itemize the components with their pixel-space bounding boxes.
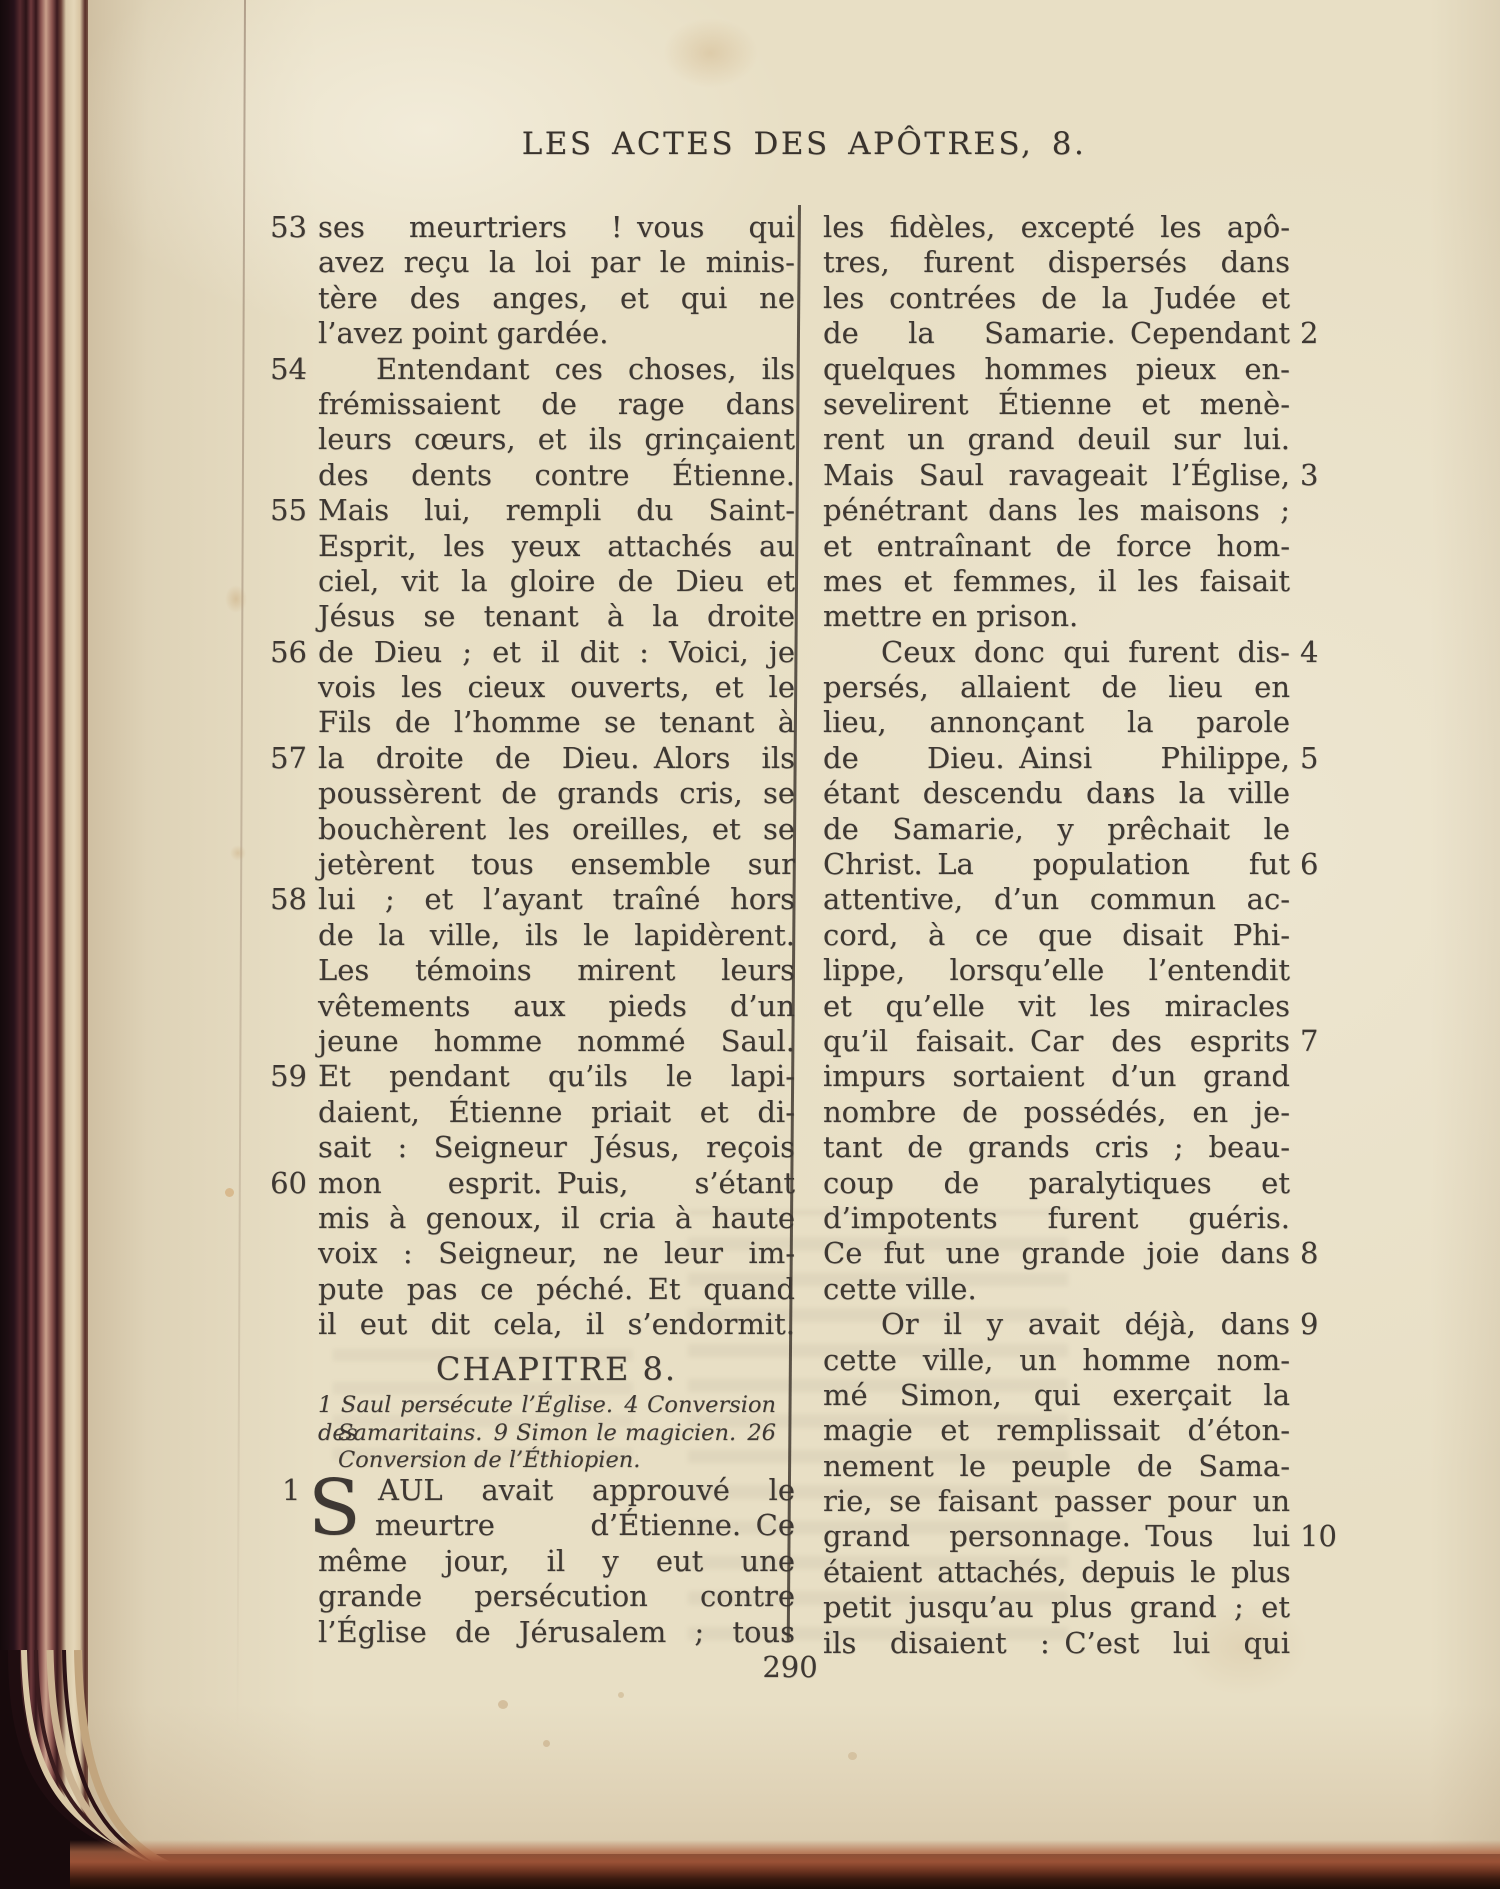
verse-line: nement le peuple de Sama-	[823, 1449, 1290, 1484]
verse-line: mé Simon, qui exerçait la	[823, 1378, 1290, 1413]
chapter-opening-verse: 1 S AUL avait approuvé le meurtre d’Étie…	[318, 1473, 795, 1650]
verse-line: impurs sortaient d’un grand	[823, 1059, 1290, 1094]
verse-line: la droite de Dieu. Alors ils57	[318, 741, 795, 776]
page-paper: LES ACTES DES APÔTRES, 8. ses meurtriers…	[88, 0, 1500, 1854]
page-crease-line	[236, 0, 246, 1735]
verse-line-text: mis à genoux, il cria à haute	[318, 1201, 795, 1235]
verse-line-text: et qu’elle vit les miracles	[823, 989, 1290, 1023]
verse-line: il eut dit cela, il s’endormit.	[318, 1307, 795, 1342]
verse-line: pute pas ce péché. Et quand	[318, 1272, 795, 1307]
verse-line: mis à genoux, il cria à haute	[318, 1201, 795, 1236]
verse-line: petit jusqu’au plus grand ; et	[823, 1590, 1290, 1625]
verse-line: AUL avait approuvé le	[318, 1473, 795, 1508]
verse-line: cette ville.	[823, 1272, 1290, 1307]
verse-line: jetèrent tous ensemble sur	[318, 847, 795, 882]
verse-line: d’impotents furent guéris.	[823, 1201, 1290, 1236]
paper-speck	[848, 1752, 857, 1760]
verse-line-text: magie et remplissait d’éton-	[823, 1413, 1290, 1447]
verse-line: Or il y avait déjà, dans9	[823, 1307, 1290, 1342]
verse-line-text: vois les cieux ouverts, et le	[318, 670, 795, 704]
verse-line-text: les fidèles, excepté les apô-	[823, 210, 1290, 244]
verse-line-text: l’avez point gardée.	[318, 316, 609, 350]
chapter-summary: 1 Saul persécute l’Église. 4 Conversion …	[318, 1392, 776, 1475]
page-number: 290	[700, 1650, 880, 1684]
paper-speck	[543, 1740, 550, 1747]
verse-line-text: tant de grands cris ; beau-	[823, 1130, 1290, 1164]
verse-line: Ce fut une grande joie dans8	[823, 1236, 1290, 1271]
verse-line: grande persécution contre	[318, 1579, 795, 1614]
verse-line-text: leurs cœurs, et ils grinçaient	[318, 422, 795, 456]
verse-line: ciel, vit la gloire de Dieu et	[318, 564, 795, 599]
verse-line: coup de paralytiques et	[823, 1166, 1290, 1201]
verse-line-text: d’impotents furent guéris.	[823, 1201, 1290, 1235]
verse-line-text: rie, se faisant passer pour un	[823, 1484, 1290, 1518]
verse-line-text: Ce fut une grande joie dans	[823, 1236, 1290, 1270]
verse-line-text: ses meurtriers ! vous qui	[318, 210, 795, 244]
paper-speck	[498, 1700, 508, 1709]
verse-line: les fidèles, excepté les apô-	[823, 210, 1290, 245]
verse-line-text: daient, Étienne priait et di-	[318, 1095, 795, 1129]
verse-line-text: mon esprit. Puis, s’étant	[318, 1166, 795, 1200]
verse-line-text: Mais lui, rempli du Saint-	[318, 493, 795, 527]
verse-line-text: étant descendu dans la ville	[823, 776, 1290, 810]
verse-line-text: de Dieu ; et il dit : Voici, je	[318, 635, 795, 669]
verse-line: même jour, il y eut une	[318, 1544, 795, 1579]
verse-line: nombre de possédés, en je-	[823, 1095, 1290, 1130]
verse-line-text: la droite de Dieu. Alors ils	[318, 741, 795, 775]
verse-line-text: Et pendant qu’ils le lapi-	[318, 1059, 795, 1093]
verse-line-text: persés, allaient de lieu en	[823, 670, 1290, 704]
verse-line-text: tère des anges, et qui ne	[318, 281, 795, 315]
verse-line: rie, se faisant passer pour un	[823, 1484, 1290, 1519]
verse-line-text: qu’il faisait. Car des esprits	[823, 1024, 1290, 1058]
running-header: LES ACTES DES APÔTRES, 8.	[318, 126, 1290, 162]
verse-number: 55	[270, 493, 307, 528]
verse-line: l’Église de Jérusalem ; tous	[318, 1615, 795, 1650]
verse-line-text: il eut dit cela, il s’endormit.	[318, 1307, 795, 1341]
verse-line-text: cette ville, un homme nom-	[823, 1343, 1290, 1377]
verse-line: tres, furent dispersés dans	[823, 245, 1290, 280]
verse-number: 2	[1300, 316, 1318, 351]
verse-line: attentive, d’un commun ac-	[823, 882, 1290, 917]
verse-line: vêtements aux pieds d’un	[318, 989, 795, 1024]
verse-line: Christ. La population fut6	[823, 847, 1290, 882]
verse-line-text: pénétrant dans les maisons ;	[823, 493, 1290, 527]
book-bottom-page-edges	[70, 1840, 1500, 1889]
verse-number: 59	[270, 1059, 307, 1094]
paper-stain	[225, 1188, 234, 1197]
verse-line: pénétrant dans les maisons ;	[823, 493, 1290, 528]
verse-line: tant de grands cris ; beau-	[823, 1130, 1290, 1165]
verse-line-text: Esprit, les yeux attachés au	[318, 529, 795, 563]
verse-line-text: grand personnage. Tous lui	[823, 1519, 1290, 1553]
verse-line-text: lui ; et l’ayant traîné hors	[318, 882, 795, 916]
paper-stain	[663, 18, 758, 88]
verse-line-text: ils disaient : C’est lui qui	[823, 1626, 1290, 1660]
verse-line-text: tres, furent dispersés dans	[823, 245, 1290, 279]
verse-line: magie et remplissait d’éton-	[823, 1413, 1290, 1448]
verse-line-text: Les témoins mirent leurs	[318, 953, 795, 987]
verse-number: 53	[270, 210, 307, 245]
verse-line: Jésus se tenant à la droite	[318, 599, 795, 634]
verse-line: cette ville, un homme nom-	[823, 1343, 1290, 1378]
verse-line-text: jetèrent tous ensemble sur	[318, 847, 795, 881]
verse-line-text: Entendant ces choses, ils	[376, 352, 795, 386]
verse-line-text: sait : Seigneur Jésus, reçois	[318, 1130, 795, 1164]
verse-line: meurtre d’Étienne. Ce	[318, 1508, 795, 1543]
verse-line: de Samarie, y prêchait le	[823, 812, 1290, 847]
verse-line-text: cette ville.	[823, 1272, 977, 1306]
verse-line: l’avez point gardée.	[318, 316, 795, 351]
verse-line: jeune homme nommé Saul.	[318, 1024, 795, 1059]
verse-line-text: impurs sortaient d’un grand	[823, 1059, 1290, 1093]
verse-line-text: sevelirent Étienne et menè-	[823, 387, 1290, 421]
verse-line: Entendant ces choses, ils54	[318, 352, 795, 387]
verse-line: ils disaient : C’est lui qui	[823, 1626, 1290, 1661]
verse-line: Esprit, les yeux attachés au	[318, 529, 795, 564]
right-column: les fidèles, excepté les apô-tres, furen…	[823, 210, 1290, 1661]
verse-number: 4	[1300, 635, 1318, 670]
verse-line: rent un grand deuil sur lui.	[823, 422, 1290, 457]
verse-line-text: nombre de possédés, en je-	[823, 1095, 1290, 1129]
verse-line: voix : Seigneur, ne leur im-	[318, 1236, 795, 1271]
verse-line-text: Ceux donc qui furent dis-	[881, 635, 1290, 669]
verse-line-text: les contrées de la Judée et	[823, 281, 1290, 315]
chapter-heading: CHAPITRE 8.	[318, 1350, 795, 1388]
verse-line: étaient attachés, depuis le plus	[823, 1555, 1290, 1590]
verse-line: qu’il faisait. Car des esprits7	[823, 1024, 1290, 1059]
verse-line-text: rent un grand deuil sur lui.	[823, 422, 1290, 456]
chapter-summary-line: 1 Saul persécute l’Église. 4 Conversion …	[318, 1392, 776, 1420]
verse-line: quelques hommes pieux en-	[823, 352, 1290, 387]
verse-line: poussèrent de grands cris, se	[318, 776, 795, 811]
verse-line: lieu, annonçant la parole	[823, 705, 1290, 740]
verse-line-text: coup de paralytiques et	[823, 1166, 1290, 1200]
verse-line-text: ciel, vit la gloire de Dieu et	[318, 564, 795, 598]
verse-line: bouchèrent les oreilles, et se	[318, 812, 795, 847]
verse-line: de la ville, ils le lapidèrent.	[318, 918, 795, 953]
verse-line-text: Jésus se tenant à la droite	[318, 599, 795, 633]
verse-line-text: des dents contre Étienne.	[318, 458, 795, 492]
left-column: ses meurtriers ! vous qui53avez reçu la …	[318, 210, 795, 1343]
verse-line: lippe, lorsqu’elle l’entendit	[823, 953, 1290, 988]
verse-line-text: de la ville, ils le lapidèrent.	[318, 918, 795, 952]
verse-line: daient, Étienne priait et di-	[318, 1095, 795, 1130]
verse-line: tère des anges, et qui ne	[318, 281, 795, 316]
verse-line-text: attentive, d’un commun ac-	[823, 882, 1290, 916]
verse-line: mes et femmes, il les faisait	[823, 564, 1290, 599]
verse-number: 58	[270, 882, 307, 917]
verse-line-text: étaient attachés, depuis le plus	[823, 1555, 1290, 1589]
verse-line-text: lieu, annonçant la parole	[823, 705, 1290, 739]
verse-line: de Dieu ; et il dit : Voici, je56	[318, 635, 795, 670]
verse-line-text: de Samarie, y prêchait le	[823, 812, 1290, 846]
verse-line: lui ; et l’ayant traîné hors58	[318, 882, 795, 917]
verse-line: grand personnage. Tous lui10	[823, 1519, 1290, 1554]
paper-stain	[225, 585, 247, 613]
verse-line-text: pute pas ce péché. Et quand	[318, 1272, 795, 1306]
verse-line-text: cord, à ce que disait Phi-	[823, 918, 1290, 952]
verse-line: sait : Seigneur Jésus, reçois	[318, 1130, 795, 1165]
verse-line-text: avez reçu la loi par le minis-	[318, 245, 795, 279]
verse-line-text: mé Simon, qui exerçait la	[823, 1378, 1290, 1412]
verse-line: leurs cœurs, et ils grinçaient	[318, 422, 795, 457]
verse-line-text: quelques hommes pieux en-	[823, 352, 1290, 386]
verse-line-text: frémissaient de rage dans	[318, 387, 795, 421]
verse-line-text: nement le peuple de Sama-	[823, 1449, 1290, 1483]
verse-line: sevelirent Étienne et menè-	[823, 387, 1290, 422]
verse-line: Les témoins mirent leurs	[318, 953, 795, 988]
paper-speck	[618, 1692, 624, 1698]
verse-line-text: Or il y avait déjà, dans	[881, 1307, 1290, 1341]
paper-stain	[230, 845, 246, 861]
verse-line: et qu’elle vit les miracles	[823, 989, 1290, 1024]
verse-line: ses meurtriers ! vous qui53	[318, 210, 795, 245]
verse-line-text: Christ. La population fut	[823, 847, 1290, 881]
verse-line: mettre en prison.	[823, 599, 1290, 634]
verse-line-text: voix : Seigneur, ne leur im-	[318, 1236, 795, 1270]
verse-number: 7	[1300, 1024, 1318, 1059]
verse-number: 5	[1300, 741, 1318, 776]
verse-line: étant descendu dans la ville	[823, 776, 1290, 811]
verse-line: persés, allaient de lieu en	[823, 670, 1290, 705]
chapter-summary-line: Samaritains. 9 Simon le magicien. 26	[318, 1420, 776, 1448]
verse-line: et entraînant de force hom-	[823, 529, 1290, 564]
verse-line-text: Fils de l’homme se tenant à	[318, 705, 795, 739]
verse-number: 10	[1300, 1519, 1337, 1554]
chapter-summary-line: Conversion de l’Éthiopien.	[318, 1447, 776, 1475]
verse-line-text: jeune homme nommé Saul.	[318, 1024, 795, 1058]
verse-line-text: mettre en prison.	[823, 599, 1078, 633]
verse-line: les contrées de la Judée et	[823, 281, 1290, 316]
verse-line-text: de la Samarie. Cependant	[823, 316, 1290, 350]
verse-line: Mais lui, rempli du Saint-55	[318, 493, 795, 528]
verse-line-text: petit jusqu’au plus grand ; et	[823, 1590, 1290, 1624]
verse-line-text: mes et femmes, il les faisait	[823, 564, 1290, 598]
verse-line-text: vêtements aux pieds d’un	[318, 989, 795, 1023]
verse-line-text: lippe, lorsqu’elle l’entendit	[823, 953, 1290, 987]
verse-line-text: Mais Saul ravageait l’Église,	[823, 458, 1290, 492]
verse-number: 60	[270, 1166, 307, 1201]
verse-number: 56	[270, 635, 307, 670]
verse-line: cord, à ce que disait Phi-	[823, 918, 1290, 953]
verse-line-text: de Dieu. Ainsi Philippe,	[823, 741, 1290, 775]
book-binding-page-edges	[0, 0, 96, 1889]
verse-line: Et pendant qu’ils le lapi-59	[318, 1059, 795, 1094]
verse-number: 1	[282, 1473, 300, 1508]
verse-line: des dents contre Étienne.	[318, 458, 795, 493]
verse-line-text: et entraînant de force hom-	[823, 529, 1290, 563]
verse-line-text: poussèrent de grands cris, se	[318, 776, 795, 810]
verse-line: frémissaient de rage dans	[318, 387, 795, 422]
verse-number: 57	[270, 741, 307, 776]
verse-line-text: bouchèrent les oreilles, et se	[318, 812, 795, 846]
verse-line: vois les cieux ouverts, et le	[318, 670, 795, 705]
verse-line: Ceux donc qui furent dis-4	[823, 635, 1290, 670]
verse-number: 9	[1300, 1307, 1318, 1342]
verse-line: Mais Saul ravageait l’Église,3	[823, 458, 1290, 493]
verse-number: 54	[270, 352, 307, 387]
verse-line: Fils de l’homme se tenant à	[318, 705, 795, 740]
verse-line: mon esprit. Puis, s’étant60	[318, 1166, 795, 1201]
scanned-bible-page: LES ACTES DES APÔTRES, 8. ses meurtriers…	[0, 0, 1500, 1889]
verse-line: de Dieu. Ainsi Philippe,5	[823, 741, 1290, 776]
verse-line: avez reçu la loi par le minis-	[318, 245, 795, 280]
verse-number: 6	[1300, 847, 1318, 882]
verse-number: 3	[1300, 458, 1318, 493]
verse-line: de la Samarie. Cependant2	[823, 316, 1290, 351]
verse-number: 8	[1300, 1236, 1318, 1271]
